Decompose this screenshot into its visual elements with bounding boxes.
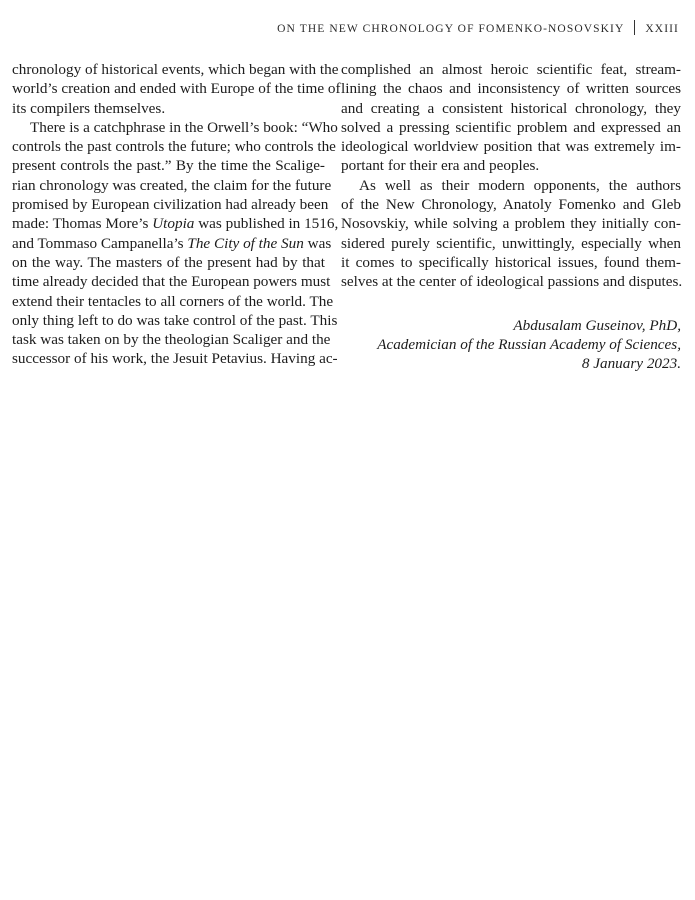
book-title-utopia: Utopia [152,215,194,232]
text-line: present controls the past.” By the time … [12,156,325,175]
author-title: Academician of the Russian Academy of Sc… [341,335,681,354]
running-title: ON THE NEW CHRONOLOGY OF FOMENKO-NOSOVSK… [277,23,624,35]
text-line: As well as their modern opponents, the a… [341,176,681,195]
text-line: sidered purely scientific, unwittingly, … [341,234,681,253]
text-line: complished an almost heroic scientific f… [341,60,681,79]
text-line: world’s creation and ended with Europe o… [12,79,325,98]
text-line: controls the past controls the future; w… [12,137,325,156]
text-line: time already decided that the European p… [12,272,325,291]
text-line: made: Thomas More’s Utopia was published… [12,214,325,233]
left-column: chronology of historical events, which b… [12,60,325,369]
text-line: extend their tentacles to all corners of… [12,292,325,311]
text-line: successor of his work, the Jesuit Petavi… [12,349,325,368]
text-line: solved a pressing scientific problem and… [341,118,681,137]
text-line: and Tommaso Campanella’s The City of the… [12,234,325,253]
right-column: complished an almost heroic scientific f… [341,60,681,373]
text-line: it comes to specifically historical issu… [341,253,681,272]
text-run: was published in 1516, [194,215,338,232]
text-line: its compilers themselves. [12,99,325,118]
author-name: Abdusalam Guseinov, PhD, [341,316,681,335]
text-line: rian chronology was created, the claim f… [12,176,325,195]
text-line: task was taken on by the theologian Scal… [12,330,325,349]
signature-spacer [341,292,681,316]
signature-date: 8 January 2023. [341,354,681,373]
text-line: chronology of historical events, which b… [12,60,325,79]
header-divider [634,20,635,35]
running-header: ON THE NEW CHRONOLOGY OF FOMENKO-NOSOVSK… [277,20,679,35]
text-line: promised by European civilization had al… [12,195,325,214]
text-line: portant for their era and peoples. [341,156,681,175]
text-line: of the New Chronology, Anatoly Fomenko a… [341,195,681,214]
signature-block: Abdusalam Guseinov, PhD, Academician of … [341,316,681,374]
text-run: made: Thomas More’s [12,215,152,232]
text-line: and creating a consistent historical chr… [341,99,681,118]
text-line: lining the chaos and inconsistency of wr… [341,79,681,98]
text-line: selves at the center of ideological pass… [341,272,681,291]
text-run: and Tommaso Campanella’s [12,235,187,252]
book-title-city-of-the-sun: The City of the Sun [187,235,303,252]
text-line: ideological worldview position that was … [341,137,681,156]
text-run: was [304,235,331,252]
text-line: on the way. The masters of the present h… [12,253,325,272]
page-number: XXIII [645,23,679,35]
text-line: Nosovskiy, while solving a problem they … [341,214,681,233]
text-line: There is a catchphrase in the Orwell’s b… [12,118,325,137]
text-line: only thing left to do was take control o… [12,311,325,330]
